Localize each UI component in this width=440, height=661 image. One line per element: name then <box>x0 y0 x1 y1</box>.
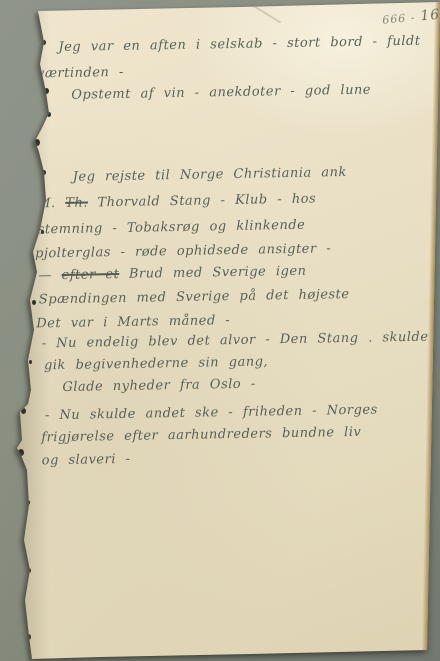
handwritten-text: værtinden - <box>37 65 124 82</box>
handwritten-text: — <box>36 108 50 123</box>
handwritten-text: — <box>38 268 61 283</box>
manuscript-line: — <box>36 108 50 123</box>
handwritten-text: - Nu endelig blev det alvor - Den Stang … <box>42 330 429 352</box>
handwritten-text: og slaveri - <box>42 452 131 469</box>
manuscript-line: Det var i Marts måned - <box>36 313 230 331</box>
handwritten-text: Jeg var en aften i selskab - stort bord … <box>58 34 420 55</box>
handwritten-text: Det var i Marts måned - <box>36 313 230 331</box>
torn-edge-speck <box>34 139 40 146</box>
manuscript-line: Jeg rejste til Norge Christiania ank <box>73 165 347 185</box>
manuscript-line: - Nu endelig blev det alvor - Den Stang … <box>42 330 429 352</box>
manuscript-page-wrap: 666 - 16. Jeg var en aften i selskab - s… <box>0 0 440 661</box>
torn-edge-speck <box>44 88 49 94</box>
handwritten-text: Opstemt af vin - anekdoter - god lune <box>71 83 371 103</box>
manuscript-line: - Nu skulde andet ske - friheden - Norge… <box>45 402 378 423</box>
struck-text: efter et <box>61 267 119 283</box>
torn-edge-speck <box>29 360 32 364</box>
manuscript-line: værtinden - <box>37 65 124 82</box>
handwritten-text: Spændingen med Sverige på det højeste <box>39 287 350 307</box>
torn-edge-speck <box>47 112 51 117</box>
torn-edge-speck <box>42 170 46 175</box>
handwritten-text: M. <box>37 196 65 211</box>
handwritten-text: Glade nyheder fra Oslo - <box>62 377 256 395</box>
handwritten-text: pjolterglas - røde ophidsede ansigter - <box>35 241 331 261</box>
handwritten-text: Jeg rejste til Norge Christiania ank <box>73 165 347 185</box>
handwritten-text: Brud med Sverige igen <box>119 264 306 282</box>
handwritten-text: gik begivenhederne sin gang, <box>44 354 268 373</box>
manuscript-line: — efter et Brud med Sverige igen <box>38 264 306 284</box>
torn-edge-speck <box>27 568 31 573</box>
manuscript-line: Jeg var en aften i selskab - stort bord … <box>58 34 420 55</box>
handwritten-text: frigjørelse efter aarhundreders bundne l… <box>41 425 361 446</box>
manuscript-page: 666 - 16. Jeg var en aften i selskab - s… <box>0 0 440 661</box>
manuscript-line: Spændingen med Sverige på det højeste <box>39 287 350 307</box>
torn-edge-speck <box>42 40 46 45</box>
torn-edge-speck <box>26 500 30 505</box>
torn-edge-speck <box>18 449 24 456</box>
struck-text: Th. <box>65 196 88 211</box>
scan-background: 666 - 16. Jeg var en aften i selskab - s… <box>0 0 440 661</box>
handwritten-text: Thorvald Stang - Klub - hos <box>88 192 316 211</box>
manuscript-line: og slaveri - <box>42 452 131 469</box>
torn-edge-speck <box>32 300 36 305</box>
manuscript-line: Opstemt af vin - anekdoter - god lune <box>71 83 371 103</box>
manuscript-line: gik begivenhederne sin gang, <box>44 354 268 373</box>
handwritten-text: stemning - Tobaksrøg og klinkende <box>38 218 306 238</box>
manuscript-text: Jeg var en aften i selskab - stort bord … <box>0 0 440 661</box>
manuscript-line: Glade nyheder fra Oslo - <box>62 377 256 395</box>
handwritten-text: - Nu skulde andet ske - friheden - Norge… <box>45 402 378 423</box>
manuscript-line: pjolterglas - røde ophidsede ansigter - <box>35 241 331 261</box>
torn-edge-speck <box>41 230 44 234</box>
torn-edge-speck <box>21 408 26 414</box>
manuscript-line: stemning - Tobaksrøg og klinkende <box>38 218 306 238</box>
torn-edge-speck <box>26 634 31 640</box>
manuscript-line: frigjørelse efter aarhundreders bundne l… <box>41 425 361 446</box>
manuscript-line: M. Th. Thorvald Stang - Klub - hos <box>37 192 316 212</box>
